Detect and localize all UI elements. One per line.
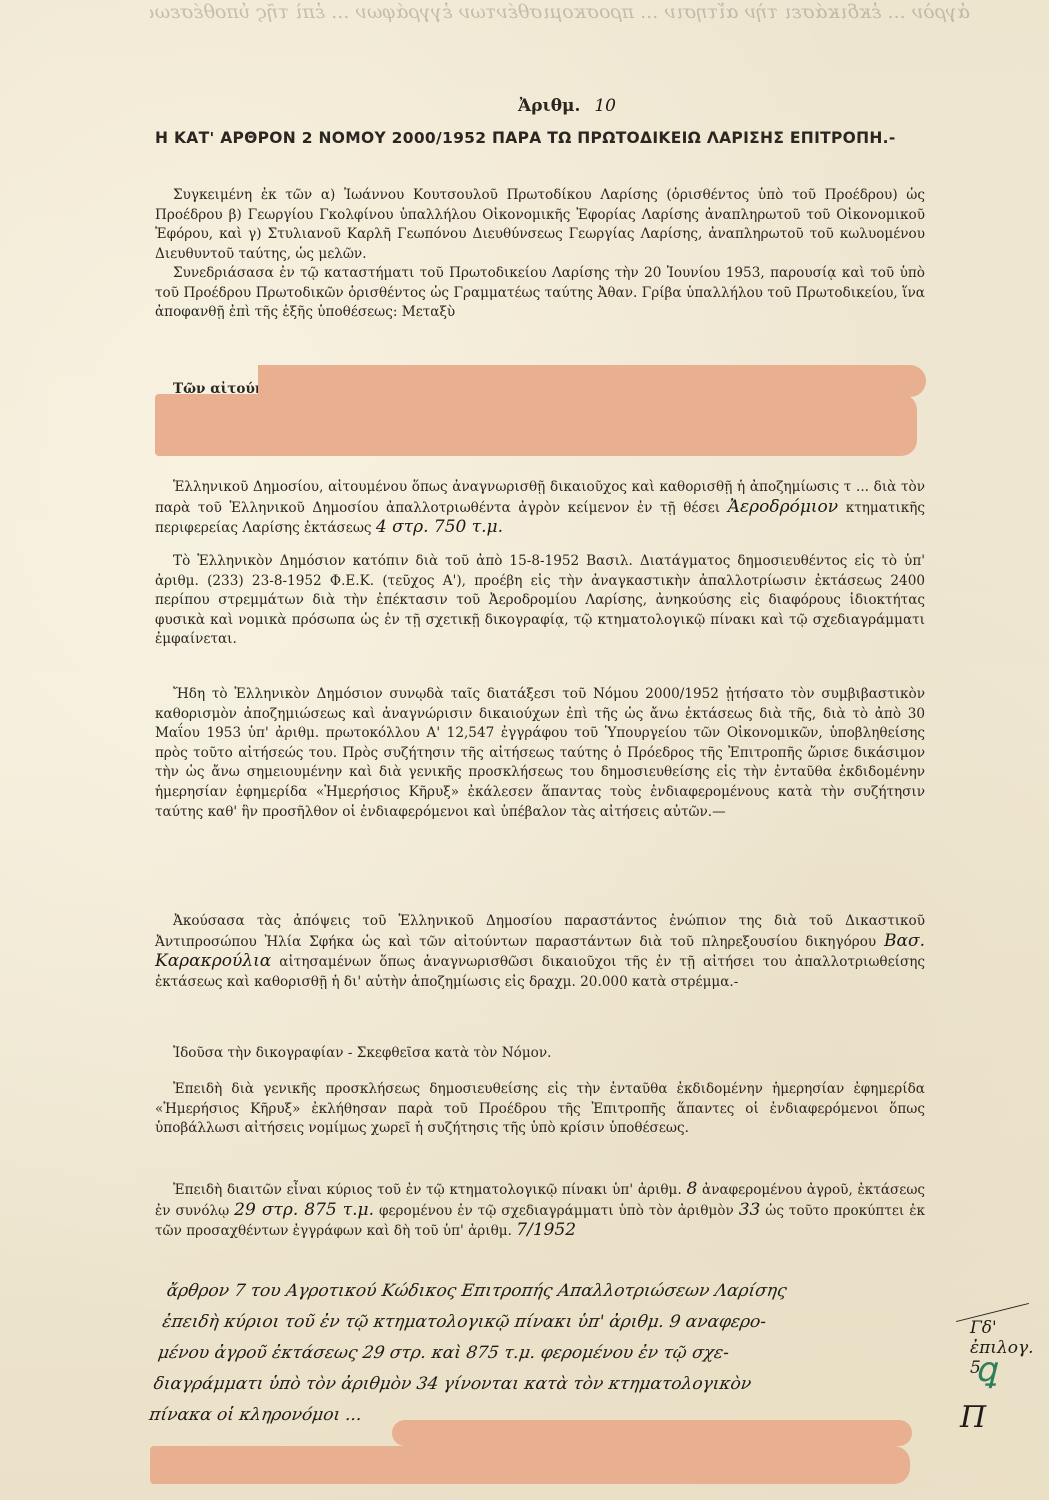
paragraph-summons: Ἐπειδὴ διὰ γενικῆς προσκλήσεως δημοσιευθ…	[155, 1080, 925, 1139]
number-value: 10	[594, 96, 616, 116]
redaction-bar	[392, 1420, 912, 1446]
number-label: Ἀριθμ.	[518, 96, 580, 116]
paragraph-committee: Συγκειμένη ἐκ τῶν α) Ἰωάννου Κουτσουλοῦ …	[155, 186, 925, 264]
handwritten-plan-number: 33	[739, 1200, 761, 1220]
bleed-through-text: ἀγρὸν ... ἐκδικάσει τὴν αἴτησιν ... προσ…	[150, 0, 970, 100]
handwritten-area-total: 29 στρ. 875 τ.μ.	[234, 1200, 374, 1220]
handwritten-table-number: 8	[686, 1179, 697, 1199]
paragraph-state-request: Ἑλληνικοῦ Δημοσίου, αἰτουμένου ὅπως ἀναγ…	[155, 478, 925, 539]
document-number: Ἀριθμ. 10	[518, 96, 616, 116]
paragraph-expropriation: Τὸ Ἑλληνικὸν Δημόσιον κατόπιν διὰ τοῦ ἀπ…	[155, 552, 925, 650]
handwritten-area: 4 στρ. 750 τ.μ.	[376, 517, 503, 537]
document-page: ἀγρὸν ... ἐκδικάσει τὴν αἴτησιν ... προσ…	[0, 0, 1049, 1500]
handwritten-continuation: ἄρθρον 7 του Αγροτικού Κώδικος Επιτροπής…	[147, 1276, 949, 1431]
paragraph-ownership: Ἐπειδὴ διαιτῶν εἶναι κύριος τοῦ ἐν τῷ κτ…	[155, 1180, 925, 1242]
paragraph-compensation-request: Ἤδη τὸ Ἑλληνικὸν Δημόσιον συνῳδὰ ταῖς δι…	[155, 685, 925, 822]
paragraph-session: Συνεδριάσασα ἐν τῷ καταστήματι τοῦ Πρωτο…	[155, 264, 925, 323]
redaction-bar	[150, 1446, 910, 1484]
document-title: Η ΚΑΤ' ΑΡΘΡΟΝ 2 ΝΟΜΟΥ 2000/1952 ΠΑΡΑ ΤΩ …	[155, 128, 925, 148]
paragraph-hearing: Ἀκούσασα τὰς ἀπόψεις τοῦ Ἑλληνικοῦ Δημοσ…	[155, 912, 925, 992]
black-signature: Π	[960, 1400, 986, 1435]
handwritten-location: Ἀεροδρόμιον	[728, 497, 838, 517]
paragraph-considered: Ἰδοῦσα τὴν δικογραφίαν - Σκεφθεῖσα κατὰ …	[155, 1044, 925, 1064]
redaction-bar	[155, 394, 917, 456]
handwritten-doc-number: 7/1952	[516, 1220, 576, 1240]
redaction-bar	[258, 365, 926, 397]
green-initials-signature: ꝗ	[975, 1350, 1013, 1400]
